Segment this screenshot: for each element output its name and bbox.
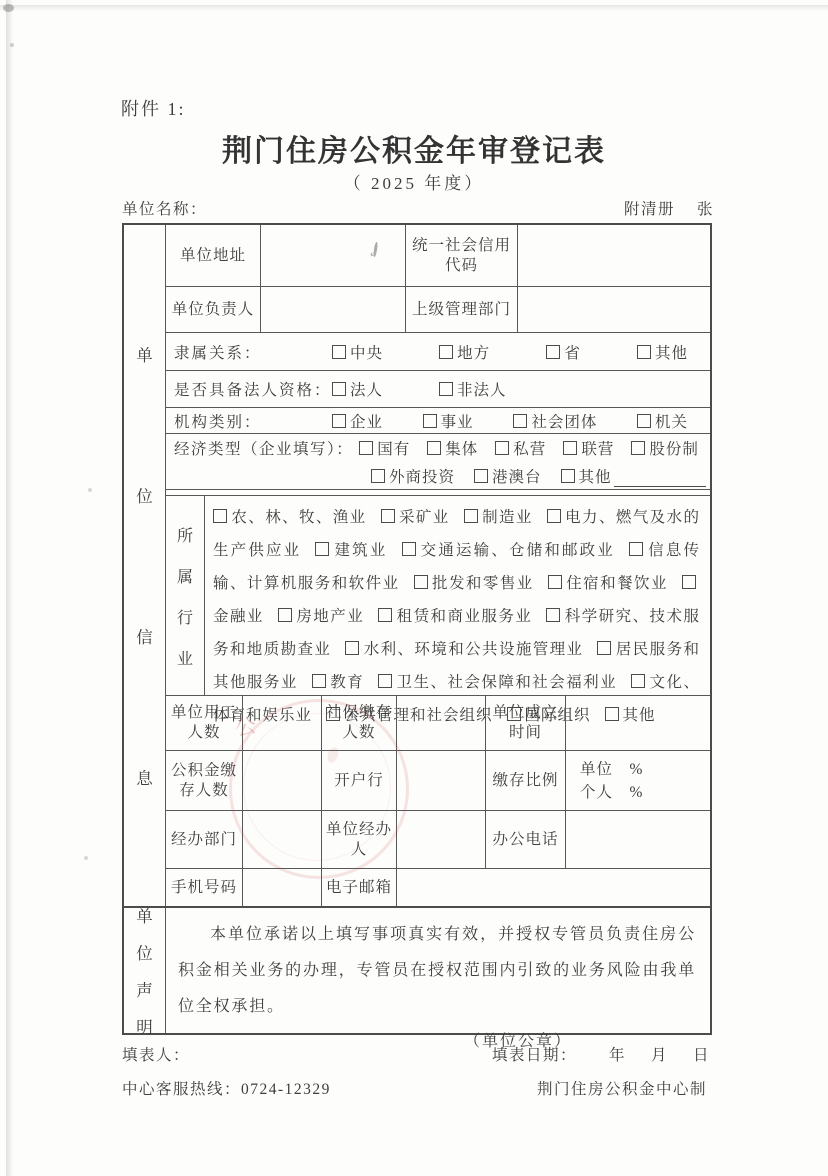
section-declaration-label: 单 位 声 明 [124, 908, 166, 1033]
checkbox-label: 地方 [457, 341, 490, 363]
address-label: 单位地址 [166, 225, 261, 286]
form-year-subtitle: （ 2025 年度） [0, 169, 828, 194]
section-declaration: 单 位 声 明 本单位承诺以上填写事项真实有效，并授权专管员负责住房公积金相关业… [124, 906, 710, 1033]
office-phone-label: 办公电话 [486, 811, 566, 868]
checkbox-icon[interactable] [439, 345, 453, 359]
checkbox-icon[interactable] [546, 345, 560, 359]
fill-date-group: 填表日期： 年 月 日 [492, 1043, 710, 1065]
checkbox-option[interactable]: 建筑业 [315, 542, 387, 559]
checkbox-icon[interactable] [278, 608, 292, 622]
footer-row-1: 填表人： 填表日期： 年 月 日 [122, 1043, 710, 1065]
ratio-unit-line: 单位 % [580, 758, 643, 781]
checkbox-icon[interactable] [423, 414, 437, 428]
checkbox-label: 集体 [445, 437, 478, 459]
checkbox-label: 交通运输、仓储和邮政业 [420, 542, 615, 559]
checkbox-option[interactable]: 联营 [563, 437, 614, 459]
section-unit-info: 单 位 信 息 单位地址 统一社会信用代码 单位负责人 上级管理部门 [124, 225, 710, 906]
row-affiliation: 隶属关系： 中央地方省其他 [166, 333, 710, 371]
paper-edge-shadow-top [0, 5, 828, 11]
checkbox-label: 社会团体 [531, 410, 597, 432]
legal-person-label: 是否具备法人资格： [174, 378, 332, 400]
checkbox-icon[interactable] [315, 542, 329, 556]
fill-date-label: 填表日期： [492, 1043, 577, 1065]
checkbox-label: 港澳台 [492, 465, 542, 487]
row-industry: 所 属 行 业 农、林、牧、渔业采矿业制造业电力、燃气及水的生产供应业建筑业交通… [166, 496, 710, 696]
checkbox-icon[interactable] [345, 641, 359, 655]
checkbox-icon[interactable] [546, 608, 560, 622]
checkbox-icon[interactable] [213, 509, 227, 523]
red-seal-inner-ring [243, 713, 391, 861]
mobile-label: 手机号码 [166, 869, 243, 906]
fill-date-year: 年 [609, 1043, 626, 1065]
checkbox-label: 其他 [579, 465, 612, 487]
checkbox-icon[interactable] [371, 469, 385, 483]
attach-sheet-unit: 张 [697, 201, 714, 218]
row-head: 单位负责人 上级管理部门 [166, 287, 710, 333]
credit-code-label: 统一社会信用代码 [406, 225, 518, 286]
vertical-char: 单 [136, 342, 153, 366]
checkbox-icon[interactable] [427, 441, 441, 455]
dept-label: 经办部门 [166, 811, 243, 868]
checkbox-label: 国有 [377, 437, 410, 459]
checkbox-option[interactable]: 机关 [637, 410, 688, 432]
founded-date-field[interactable] [566, 696, 710, 750]
credit-code-value-field[interactable] [518, 225, 710, 286]
form-title: 荆门住房公积金年审登记表 [0, 126, 828, 170]
checkbox-label: 中央 [350, 341, 383, 363]
ratio-personal-line: 个人 % [580, 781, 643, 804]
head-label: 单位负责人 [166, 287, 261, 332]
checkbox-icon[interactable] [378, 608, 392, 622]
org-type-label: 机构类别： [174, 410, 332, 432]
checkbox-option[interactable]: 房地产业 [278, 608, 364, 625]
checkbox-option[interactable]: 社会团体 [513, 410, 597, 432]
checkbox-icon[interactable] [332, 414, 346, 428]
checkbox-icon[interactable] [637, 414, 651, 428]
checkbox-option[interactable]: 批发和零售业 [414, 575, 534, 592]
founded-date-label: 单位成立时间 [486, 696, 566, 750]
bank-field[interactable] [397, 751, 486, 810]
checkbox-icon[interactable] [631, 441, 645, 455]
checkbox-option[interactable]: 交通运输、仓储和邮政业 [402, 542, 615, 559]
checkbox-label: 金融业 [213, 608, 264, 625]
checkbox-option[interactable]: 农、林、牧、渔业 [213, 509, 367, 526]
checkbox-icon[interactable] [359, 441, 373, 455]
checkbox-option[interactable]: 住宿和餐饮业 [548, 575, 668, 592]
row-legal-person: 是否具备法人资格： 法人非法人 [166, 371, 710, 408]
checkbox-icon[interactable] [439, 382, 453, 396]
checkbox-icon[interactable] [513, 414, 527, 428]
vertical-char: 位 [136, 940, 153, 964]
agent-field[interactable] [397, 811, 486, 868]
row-economic-type: 经济类型（企业填写）： 国有集体私营联营股份制 外商投资港澳台其他 [166, 434, 710, 490]
scanned-form-page: 附件 1: 荆门住房公积金年审登记表 （ 2025 年度） 单位名称： 附清册张… [0, 0, 828, 1176]
fill-date-day: 日 [693, 1043, 710, 1065]
checkbox-option[interactable]: 制造业 [464, 509, 533, 526]
office-phone-field[interactable] [566, 811, 710, 868]
superior-value-field[interactable] [518, 287, 710, 332]
staff-count-label: 单位用工人数 [166, 696, 243, 750]
checkbox-icon[interactable] [378, 674, 392, 688]
checkbox-icon[interactable] [597, 641, 611, 655]
checkbox-label: 其他 [655, 341, 688, 363]
checkbox-option[interactable]: 国有 [359, 437, 410, 459]
declaration-text: 本单位承诺以上填写事项真实有效，并授权专管员负责住房公积金相关业务的办理，专管员… [178, 917, 696, 1025]
checkbox-icon[interactable] [631, 674, 645, 688]
meta-row: 单位名称： 附清册张 [122, 197, 714, 219]
checkbox-icon[interactable] [561, 469, 575, 483]
checkbox-label: 房地产业 [296, 608, 364, 625]
vertical-char: 声 [136, 977, 153, 1001]
checkbox-option[interactable]: 教育 [312, 674, 364, 691]
social-insured-field[interactable] [397, 696, 486, 750]
vertical-char: 位 [136, 483, 153, 507]
economic-type-options-line1: 国有集体私营联营股份制 [359, 437, 699, 459]
checkbox-icon[interactable] [637, 345, 651, 359]
checkbox-option[interactable]: 非法人 [439, 378, 507, 400]
checkbox-option[interactable]: 事业 [423, 410, 474, 432]
checkbox-label: 事业 [441, 410, 474, 432]
checkbox-label: 制造业 [482, 509, 533, 526]
deposit-ratio-label: 缴存比例 [486, 751, 566, 810]
vertical-char: 息 [136, 765, 153, 789]
legal-person-options: 法人非法人 [332, 378, 507, 400]
checkbox-icon[interactable] [547, 509, 561, 523]
checkbox-label: 企业 [350, 410, 383, 432]
checkbox-option[interactable]: 租赁和商业服务业 [378, 608, 532, 625]
checkbox-option[interactable]: 地方 [439, 341, 490, 363]
checkbox-label: 非法人 [457, 378, 507, 400]
scan-artifact [3, 4, 14, 12]
checkbox-option[interactable]: 港澳台 [474, 465, 542, 487]
affiliation-label: 隶属关系： [174, 341, 332, 363]
economic-type-options-line2: 外商投资港澳台其他 [371, 465, 612, 487]
attach-sheet-label: 附清册 [624, 201, 675, 218]
checkbox-label: 水利、环境和公共设施管理业 [363, 641, 583, 658]
checkbox-icon[interactable] [312, 674, 326, 688]
checkbox-option[interactable]: 私营 [495, 437, 546, 459]
checkbox-label: 机关 [655, 410, 688, 432]
vertical-char: 单 [136, 903, 153, 927]
checkbox-label: 卫生、社会保障和社会福利业 [396, 674, 617, 691]
attachment-label: 附件 1: [121, 95, 186, 121]
email-field[interactable] [397, 869, 710, 906]
vertical-char: 属 [177, 564, 193, 587]
vertical-char: 行 [177, 605, 193, 628]
row-address: 单位地址 统一社会信用代码 [166, 225, 710, 287]
filler-label: 填表人： [122, 1043, 190, 1065]
vertical-char: 信 [136, 624, 153, 648]
checkbox-option[interactable]: 省 [546, 341, 581, 363]
other-fill-line[interactable] [614, 472, 706, 487]
checkbox-label: 省 [564, 341, 581, 363]
superior-label: 上级管理部门 [406, 287, 518, 332]
checkbox-label: 租赁和商业服务业 [396, 608, 532, 625]
checkbox-label: 采矿业 [399, 509, 450, 526]
checkbox-icon[interactable] [464, 509, 478, 523]
checkbox-option[interactable]: 企业 [332, 410, 383, 432]
checkbox-option[interactable]: 外商投资 [371, 465, 455, 487]
vertical-char: 明 [136, 1014, 153, 1038]
fill-date-month: 月 [651, 1043, 668, 1065]
address-value-field[interactable] [261, 225, 406, 286]
checkbox-option[interactable]: 其他 [561, 465, 612, 487]
checkbox-icon[interactable] [563, 441, 577, 455]
industry-options: 农、林、牧、渔业采矿业制造业电力、燃气及水的生产供应业建筑业交通运输、仓储和邮政… [205, 496, 710, 695]
checkbox-icon[interactable] [381, 509, 395, 523]
scan-artifact [84, 856, 88, 860]
row-org-type: 机构类别： 企业事业社会团体机关 [166, 408, 710, 434]
checkbox-label: 批发和零售业 [432, 575, 534, 592]
checkbox-label: 教育 [330, 674, 364, 691]
deposit-ratio-field[interactable]: 单位 % 个人 % [566, 751, 710, 810]
org-type-options: 企业事业社会团体机关 [332, 410, 696, 432]
checkbox-label: 股份制 [649, 437, 699, 459]
checkbox-icon[interactable] [332, 382, 346, 396]
issuer-label: 荆门住房公积金中心制 [537, 1077, 707, 1099]
checkbox-icon[interactable] [474, 469, 488, 483]
section-unit-info-label: 单 位 信 息 [124, 225, 166, 906]
footer-row-2: 中心客服热线：0724-12329 荆门住房公积金中心制 [122, 1077, 707, 1099]
checkbox-label: 住宿和餐饮业 [566, 575, 668, 592]
vertical-char: 业 [177, 646, 193, 669]
checkbox-label: 农、林、牧、渔业 [231, 509, 367, 526]
checkbox-icon[interactable] [495, 441, 509, 455]
checkbox-icon[interactable] [682, 575, 696, 589]
checkbox-option[interactable]: 卫生、社会保障和社会福利业 [378, 674, 617, 691]
checkbox-label: 法人 [350, 378, 383, 400]
checkbox-label: 建筑业 [333, 542, 387, 559]
checkbox-icon[interactable] [402, 542, 416, 556]
checkbox-icon[interactable] [414, 575, 428, 589]
unit-name-label: 单位名称： [122, 197, 207, 219]
checkbox-option[interactable]: 股份制 [631, 437, 699, 459]
checkbox-option[interactable]: 中央 [332, 341, 383, 363]
vertical-char: 所 [177, 523, 193, 546]
checkbox-icon[interactable] [629, 542, 643, 556]
checkbox-option[interactable]: 水利、环境和公共设施管理业 [345, 641, 583, 658]
scan-artifact [88, 488, 92, 492]
attach-sheet-note: 附清册张 [624, 197, 714, 219]
scan-artifact [10, 43, 14, 47]
checkbox-option[interactable]: 其他 [637, 341, 688, 363]
affiliation-options: 中央地方省其他 [332, 341, 696, 363]
checkbox-option[interactable]: 采矿业 [381, 509, 450, 526]
industry-section-label: 所 属 行 业 [166, 496, 205, 695]
economic-type-label: 经济类型（企业填写）： [174, 437, 353, 459]
checkbox-label: 联营 [581, 437, 614, 459]
checkbox-icon[interactable] [548, 575, 562, 589]
hotline-label: 中心客服热线：0724-12329 [122, 1077, 331, 1099]
checkbox-icon[interactable] [332, 345, 346, 359]
checkbox-option[interactable]: 法人 [332, 378, 383, 400]
checkbox-option[interactable]: 集体 [427, 437, 478, 459]
checkbox-label: 外商投资 [389, 465, 455, 487]
head-value-field[interactable] [261, 287, 406, 332]
checkbox-label: 私营 [513, 437, 546, 459]
registration-table: 单 位 信 息 单位地址 统一社会信用代码 单位负责人 上级管理部门 [122, 223, 712, 1035]
row-mobile-email: 手机号码 电子邮箱 [166, 869, 710, 906]
